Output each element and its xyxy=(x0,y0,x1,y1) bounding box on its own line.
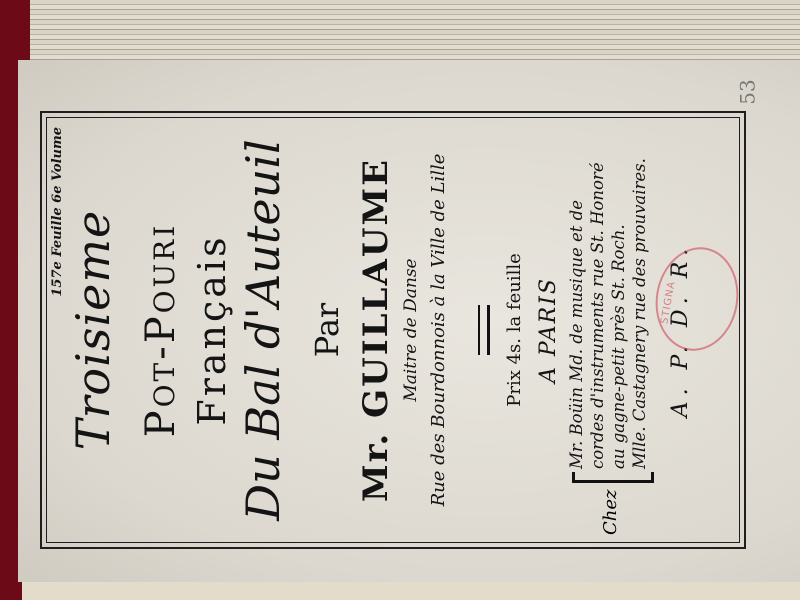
pencil-page-number: 53 xyxy=(736,79,760,104)
seller-line: au gagne-petit près St. Roch. xyxy=(608,119,629,469)
volume-note: 157e Feuille 6e Volume xyxy=(50,127,65,543)
sellers-block: Chez Mr. Boüin Md. de musique et de cord… xyxy=(566,117,656,543)
page-edges-stack xyxy=(30,0,800,64)
title-pot-pouri: Pot-Pouri xyxy=(138,117,184,543)
seller-line: Mr. Boüin Md. de musique et de xyxy=(566,119,587,469)
title-du-bal-dauteuil: Du Bal d'Auteuil xyxy=(236,117,290,543)
author-address: Rue des Bourdonnois à la Ville de Lille xyxy=(428,117,449,543)
seller-line: Mlle. Castagnery rue des prouvaires. xyxy=(629,119,650,469)
by-label: Par xyxy=(308,117,346,543)
place-of-publication: A PARIS xyxy=(536,117,561,543)
title-troisieme: Troisieme xyxy=(66,117,120,543)
author-name: Mr. GUILLAUME xyxy=(356,117,396,543)
title-page-content: 157e Feuille 6e Volume Troisieme Pot-Pou… xyxy=(46,117,740,543)
sellers-list: Mr. Boüin Md. de musique et de cordes d'… xyxy=(566,119,650,469)
bracket xyxy=(572,472,654,483)
double-rule-divider xyxy=(478,305,490,355)
stamp-text: STIGNA xyxy=(659,280,677,325)
title-francais: Français xyxy=(190,117,234,543)
seller-line: cordes d'instruments rue St. Honoré xyxy=(587,119,608,469)
price: Prix 4s. la feuille xyxy=(504,117,525,543)
chez-label: Chez xyxy=(600,489,621,535)
author-role: Maitre de Danse xyxy=(401,117,421,543)
